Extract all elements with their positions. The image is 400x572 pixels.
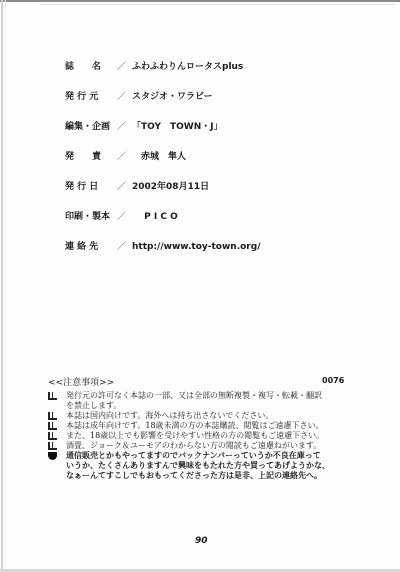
notes-heading: <<注意事項>> [48, 375, 114, 388]
box-bullet-icon [48, 422, 57, 430]
row-label: 連 絡 先 [65, 240, 111, 254]
row-value: スタジオ・ワラビー [132, 90, 213, 104]
row-label: 発 行 日 [65, 180, 111, 194]
row-separator: ／ [117, 150, 126, 164]
row-separator: ／ [117, 210, 126, 224]
box-bullet-icon [48, 442, 57, 450]
row-separator: ／ [117, 180, 126, 194]
note-line: 本誌は成年向けです。18歳未満の方の本誌購読、閲覧はご遠慮下さい。 [66, 421, 378, 431]
note-item: 本誌は成年向けです。18歳未満の方の本誌購読、閲覧はご遠慮下さい。 [48, 421, 378, 431]
row-label: 印刷・製本 [65, 210, 111, 224]
row-label: 編集・企画 [65, 120, 111, 134]
page-number: 90 [195, 536, 208, 546]
row-value: 2002年08月11日 [132, 180, 209, 194]
row-separator: ／ [117, 60, 126, 74]
row-value: 赤城 隼人 [132, 150, 186, 164]
note-line: また、18歳以上でも影響を受けやすい性格の方の閲覧もご遠慮下さい。 [66, 431, 378, 441]
note-item: 酒畳、ジョーク＆ユーモアのわからない方の閲読もご遠慮ねがいます。 [48, 441, 378, 451]
notes-list: 発行元の許可なく本誌の一部、又は全部の無断複製・複写・転載・翻訳 を禁止します。… [48, 391, 378, 481]
scan-edge-top [0, 0, 400, 2]
note-line: を禁止します。 [66, 401, 378, 411]
note-line: いうか、たくさんありますんで興味をもたれた方や買ってあげようかな、 [66, 461, 378, 471]
row-value: ふわふわりんロータスplus [132, 60, 243, 74]
box-bullet-icon [48, 432, 57, 440]
scan-edge-line [40, 4, 395, 5]
row-label: 発 行 元 [65, 90, 111, 104]
scan-edge-line [5, 0, 6, 572]
box-bullet-icon [48, 412, 57, 420]
bowl-bullet-icon [48, 452, 57, 460]
row-separator: ／ [117, 90, 126, 104]
row-value: P I C O [132, 210, 178, 224]
row-label: 発 責 [65, 150, 111, 164]
note-item: 発行元の許可なく本誌の一部、又は全部の無断複製・複写・転載・翻訳 を禁止します。 [48, 391, 378, 411]
box-bullet-icon [48, 392, 57, 400]
note-line: 本誌は国内向けです。海外へは持ち出さないでください。 [66, 411, 378, 421]
catalog-code: 0076 [322, 376, 344, 385]
note-line: 酒畳、ジョーク＆ユーモアのわからない方の閲読もご遠慮ねがいます。 [66, 441, 378, 451]
row-separator: ／ [117, 240, 126, 254]
note-item: また、18歳以上でも影響を受けやすい性格の方の閲覧もご遠慮下さい。 [48, 431, 378, 441]
note-item-mailorder: 通信販売とかもやってますのでバックナンバーっていうか不良在庫って いうか、たくさ… [48, 451, 378, 481]
scan-edge-left [1, 0, 3, 572]
note-line: なぁーんてすこしでもおもってくださった方は是非、上記の連絡先へ。 [66, 471, 378, 481]
note-item: 本誌は国内向けです。海外へは持ち出さないでください。 [48, 411, 378, 421]
row-separator: ／ [117, 120, 126, 134]
row-value: 「TOY TOWN・J」 [132, 120, 223, 134]
note-line: 通信販売とかもやってますのでバックナンバーっていうか不良在庫って [66, 451, 378, 461]
row-label: 誌 名 [65, 60, 111, 74]
note-line: 発行元の許可なく本誌の一部、又は全部の無断複製・複写・転載・翻訳 [66, 391, 378, 401]
contact-url[interactable]: http://www.toy-town.org/ [132, 240, 260, 254]
document-page: 誌 名 ／ ふわふわりんロータスplus 発 行 元 ／ スタジオ・ワラビー 編… [0, 0, 400, 572]
